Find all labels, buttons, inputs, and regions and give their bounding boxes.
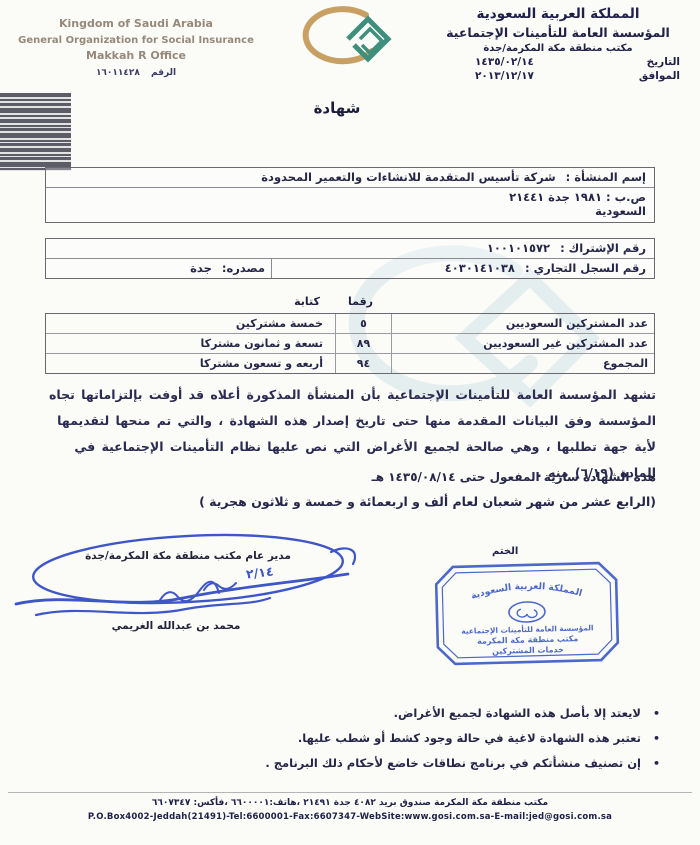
row-label: عدد المشتركين غير السعوديين	[392, 334, 654, 353]
office-name-ar: مكتب منطقة مكة المكرمة/جدة	[422, 43, 694, 54]
gosi-logo-icon	[292, 5, 402, 77]
org-name-en: General Organization for Social Insuranc…	[10, 33, 262, 48]
validity-written-line: (الرابع عشر من شهر شعبان لعام ألف و اربع…	[46, 494, 656, 509]
reference-number-label: الرقم	[151, 68, 176, 78]
gregorian-date-value: ٢٠١٣/١٢/١٧	[475, 70, 534, 82]
signatory-title: مدير عام مكتب منطقة مكة المكرمة/جدة	[68, 550, 308, 562]
header-right-block: المملكة العربية السعودية المؤسسة العامة …	[422, 6, 694, 82]
barcode-icon	[0, 93, 74, 171]
table-row-total: المجموع ٩٤ أربعه و تسعون مشتركا	[46, 354, 654, 373]
note-text: لايعتد إلا بأصل هذه الشهادة لجميع الأغرا…	[394, 706, 641, 720]
office-name-en: Makkah R Office	[10, 48, 262, 65]
registration-box: رقم الإشتراك : ١٠٠١٠١٥٧٢ رقم السجل التجا…	[45, 238, 655, 279]
note-text: تعتبر هذه الشهادة لاغية في حالة وجود كشط…	[298, 731, 641, 745]
gregorian-date-label: الموافق	[639, 70, 680, 82]
commercial-registration-row: رقم السجل التجاري : ٤٠٣٠١٤١٠٣٨ مصدره: جد…	[46, 259, 654, 278]
issuer-cell: مصدره: جدة	[46, 259, 272, 278]
note-item: لايعتد إلا بأصل هذه الشهادة لجميع الأغرا…	[40, 706, 660, 722]
header-left-block: Kingdom of Saudi Arabia General Organiza…	[10, 16, 262, 81]
issuer-value: جدة	[190, 261, 212, 275]
row-label: المجموع	[392, 354, 654, 373]
row-written-value: أربعه و تسعون مشتركا	[46, 354, 335, 373]
official-stamp-seal: المملكة العربية السعودية المؤسسة العامة …	[433, 560, 622, 668]
subscription-number-label: رقم الإشتراك :	[560, 241, 646, 255]
note-item: تعتبر هذه الشهادة لاغية في حالة وجود كشط…	[40, 731, 660, 747]
footer-address-en: P.O.Box4002-Jeddah(21491)-Tel:6600001-Fa…	[0, 812, 700, 822]
subscribers-table: عدد المشتركين السعوديين ٥ خمسة مشتركين ع…	[45, 313, 655, 374]
note-text: إن تصنيف منشأتكم في برنامج نطاقات خاضع ل…	[265, 756, 641, 770]
signatory-name: محمد بن عبدالله الغريمي	[78, 620, 274, 632]
country-name-en: Kingdom of Saudi Arabia	[10, 16, 262, 33]
establishment-box: إسم المنشأة : شركة تأسيس المتقدمة للانشا…	[45, 167, 655, 223]
validity-until-line: هذه الشهادة سارية المفعول حتى ١٤٣٥/٠٨/١٤…	[46, 470, 656, 484]
issuer-label: مصدره:	[222, 261, 265, 275]
table-header-numeric: رقما	[333, 295, 388, 308]
country-line: السعودية	[54, 204, 646, 218]
commercial-registration-cell: رقم السجل التجاري : ٤٠٣٠١٤١٠٣٨	[272, 259, 654, 278]
row-label: عدد المشتركين السعوديين	[392, 314, 654, 333]
row-numeric-value: ٩٤	[335, 354, 392, 373]
note-item: إن تصنيف منشأتكم في برنامج نطاقات خاضع ل…	[40, 756, 660, 772]
reference-number: الرقم ١٦٠١١٤٢٨	[10, 67, 262, 81]
stamp-label: الختم	[492, 546, 518, 557]
hijri-date-row: التاريخ ١٤٣٥/٠٢/١٤	[475, 56, 680, 68]
pobox-line: ص.ب : ١٩٨١ جدة ٢١٤٤١	[54, 190, 646, 204]
subscription-number-row: رقم الإشتراك : ١٠٠١٠١٥٧٢	[46, 239, 654, 259]
table-row-saudi: عدد المشتركين السعوديين ٥ خمسة مشتركين	[46, 314, 654, 334]
row-written-value: تسعة و ثمانون مشتركا	[46, 334, 335, 353]
stamp-department-text: خدمات المشتركين	[492, 645, 564, 656]
certificate-document: Kingdom of Saudi Arabia General Organiza…	[0, 0, 700, 845]
table-header-written: كتابة	[282, 295, 332, 308]
row-numeric-value: ٨٩	[335, 334, 392, 353]
hijri-date-value: ١٤٣٥/٠٢/١٤	[475, 56, 534, 68]
certificate-title: شهادة	[287, 99, 387, 117]
establishment-name-row: إسم المنشأة : شركة تأسيس المتقدمة للانشا…	[46, 168, 654, 188]
commercial-registration-value: ٤٠٣٠١٤١٠٣٨	[445, 261, 515, 275]
org-name-ar: المؤسسة العامة للتأمينات الإجتماعية	[422, 25, 694, 40]
establishment-name-value: شركة تأسيس المتقدمة للانشاءات والتعمير ا…	[261, 170, 555, 184]
country-name-ar: المملكة العربية السعودية	[422, 6, 694, 22]
gregorian-date-row: الموافق ٢٠١٣/١٢/١٧	[475, 70, 680, 82]
table-row-non-saudi: عدد المشتركين غير السعوديين ٨٩ تسعة و ثم…	[46, 334, 654, 354]
commercial-registration-label: رقم السجل التجاري :	[525, 261, 646, 275]
establishment-address-row: ص.ب : ١٩٨١ جدة ٢١٤٤١ السعودية	[46, 188, 654, 222]
notes-list: لايعتد إلا بأصل هذه الشهادة لجميع الأغرا…	[40, 706, 660, 781]
establishment-name-label: إسم المنشأة :	[566, 170, 646, 184]
footer-address-ar: مكتب منطقة مكة المكرمة صندوق بريد ٤٠٨٢ ج…	[0, 798, 700, 808]
subscription-number-value: ١٠٠١٠١٥٧٢	[487, 241, 550, 255]
row-written-value: خمسة مشتركين	[46, 314, 335, 333]
footer-divider	[8, 792, 692, 793]
stamp-country-text: المملكة العربية السعودية	[469, 579, 583, 602]
svg-text:المملكة العربية السعودية: المملكة العربية السعودية	[469, 579, 583, 602]
hijri-date-label: التاريخ	[647, 56, 680, 68]
reference-number-value: ١٦٠١١٤٢٨	[96, 68, 140, 78]
row-numeric-value: ٥	[335, 314, 392, 333]
